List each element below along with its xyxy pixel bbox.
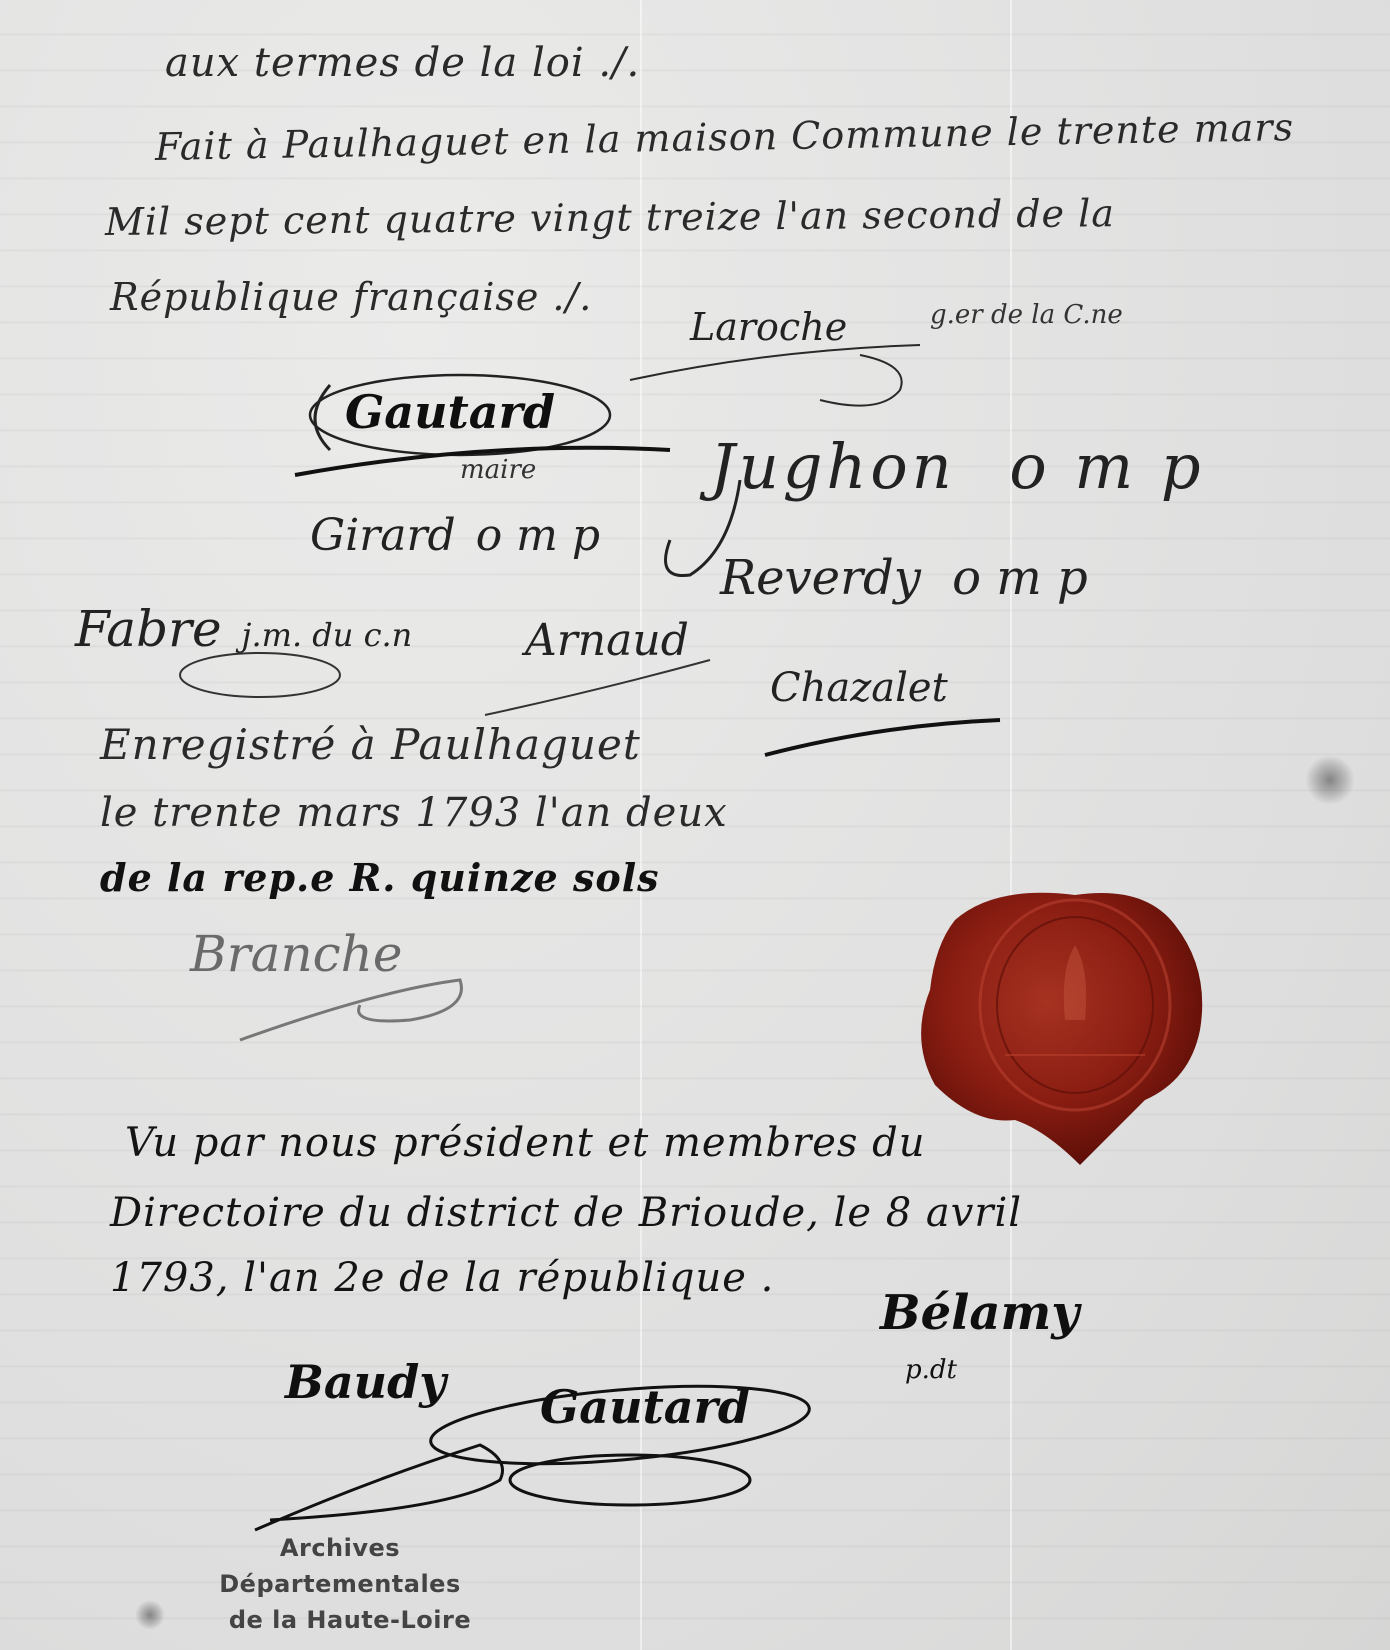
chazalet-flourish-icon (760, 705, 1010, 765)
visa-line-3: 1793, l'an 2e de la république . (110, 1255, 774, 1301)
signature-officer-girard: Girard o m p (310, 510, 600, 561)
body-line-1: aux termes de la loi ./. (165, 40, 640, 86)
signature-officer-jughon: Jughon o m p (710, 430, 1205, 503)
registration-line-1: Enregistré à Paulhaguet (100, 720, 641, 769)
registration-line-3: de la rep.e R. quinze sols (100, 855, 660, 900)
body-line-3: Mil sept cent quatre vingt treize l'an s… (105, 191, 1115, 244)
archive-stamp-line-2: de la Haute-Loire (160, 1602, 520, 1638)
visa-line-1: Vu par nous président et membres du (125, 1120, 926, 1166)
visa-flourish-icon (250, 1370, 850, 1540)
fabre-flourish-icon (170, 640, 350, 710)
archive-stamp-line-1: Archives Départementales (160, 1530, 520, 1602)
president-title: p.dt (905, 1355, 957, 1385)
paper-fold (1010, 0, 1012, 1650)
signature-officer-reverdy: Reverdy o m p (720, 550, 1088, 606)
ink-blot (135, 1600, 165, 1630)
registration-line-2: le trente mars 1793 l'an deux (100, 790, 728, 836)
signature-president: Bélamy (880, 1285, 1079, 1341)
greffier-title: g.er de la C.ne (930, 300, 1123, 330)
archive-stamp: Archives Départementales de la Haute-Loi… (160, 1530, 520, 1638)
arnaud-flourish-icon (480, 650, 720, 720)
ink-blot (1305, 755, 1355, 805)
registrar-flourish-icon (230, 960, 480, 1050)
visa-line-2: Directoire du district de Brioude, le 8 … (110, 1190, 1022, 1236)
wax-seal-icon (915, 880, 1215, 1170)
signature-maire: Gautard (345, 385, 555, 439)
maire-title: maire (460, 455, 536, 485)
body-line-4: République française ./. (110, 275, 592, 319)
